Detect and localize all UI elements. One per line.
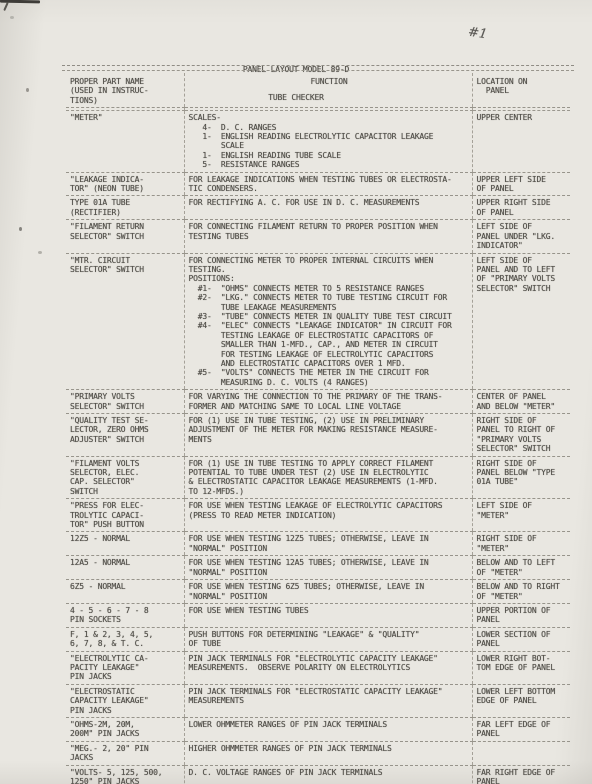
column-header-function: FUNCTION: [184, 73, 472, 108]
table-row: "ELECTROLYTIC CA- PACITY LEAKAGE" PIN JA…: [66, 651, 570, 684]
table-row: 4 - 5 - 6 - 7 - 8 PIN SOCKETS FOR USE WH…: [66, 603, 570, 627]
scan-speck: [38, 251, 42, 254]
part-name-cell: "PRIMARY VOLTS SELECTOR" SWITCH: [66, 390, 184, 414]
function-cell: SCALES- 4- D. C. RANGES 1- ENGLISH READI…: [184, 111, 472, 172]
function-cell: FOR VARYING THE CONNECTION TO THE PRIMAR…: [184, 390, 472, 414]
scan-smudge-tail: [3, 2, 8, 11]
part-name-cell: TYPE 01A TUBE (RECTIFIER): [66, 196, 184, 220]
location-cell: [472, 741, 570, 765]
function-cell: FOR CONNECTING FILAMENT RETURN TO PROPER…: [184, 220, 472, 253]
function-cell: FOR RECTIFYING A. C. FOR USE IN D. C. ME…: [184, 196, 472, 220]
location-cell: RIGHT SIDE OF PANEL TO RIGHT OF "PRIMARY…: [472, 414, 570, 457]
location-cell: LEFT SIDE OF PANEL AND TO LEFT OF "PRIMA…: [472, 253, 570, 390]
location-cell: UPPER PORTION OF PANEL: [472, 603, 570, 627]
part-name-cell: "LEAKAGE INDICA- TOR" (NEON TUBE): [66, 172, 184, 196]
function-cell: PIN JACK TERMINALS FOR "ELECTROLYTIC CAP…: [184, 651, 472, 684]
table-row: "ELECTROSTATIC CAPACITY LEAKAGE" PIN JAC…: [66, 684, 570, 717]
function-cell: FOR (1) USE IN TUBE TESTING TO APPLY COR…: [184, 456, 472, 499]
location-cell: CENTER OF PANEL AND BELOW "METER": [472, 390, 570, 414]
location-cell: LEFT SIDE OF PANEL UNDER "LKG. INDICATOR…: [472, 220, 570, 253]
location-cell: RIGHT SIDE OF "METER": [472, 532, 570, 556]
location-cell: UPPER LEFT SIDE OF PANEL: [472, 172, 570, 196]
scanned-document-page: #1 PANEL LAYOUT MODEL 89-D TUBE CHECKER …: [0, 0, 592, 784]
part-name-cell: 12A5 - NORMAL: [66, 556, 184, 580]
location-cell: BELOW AND TO LEFT OF "METER": [472, 556, 570, 580]
part-name-cell: 4 - 5 - 6 - 7 - 8 PIN SOCKETS: [66, 603, 184, 627]
part-name-cell: 6Z5 - NORMAL: [66, 580, 184, 604]
panel-layout-table: PROPER PART NAME (USED IN INSTRUC- TIONS…: [66, 73, 570, 784]
part-name-cell: "MTR. CIRCUIT SELECTOR" SWITCH: [66, 253, 184, 390]
part-name-cell: "PRESS FOR ELEC- TROLYTIC CAPACI- TOR" P…: [66, 499, 184, 532]
part-name-cell: "VOLTS- 5, 125, 500, 1250" PIN JACKS: [66, 765, 184, 784]
part-name-cell: F, 1 & 2, 3, 4, 5, 6, 7, 8, & T. C.: [66, 627, 184, 651]
function-cell: FOR USE WHEN TESTING 12A5 TUBES; OTHERWI…: [184, 556, 472, 580]
function-cell: PUSH BUTTONS FOR DETERMINING "LEAKAGE" &…: [184, 627, 472, 651]
table-top-rule: [62, 65, 574, 71]
part-name-cell: "QUALITY TEST SE- LECTOR, ZERO OHMS ADJU…: [66, 414, 184, 457]
part-name-cell: 12Z5 - NORMAL: [66, 532, 184, 556]
table-row: "LEAKAGE INDICA- TOR" (NEON TUBE) FOR LE…: [66, 172, 570, 196]
table-row: "QUALITY TEST SE- LECTOR, ZERO OHMS ADJU…: [66, 414, 570, 457]
part-name-cell: "METER": [66, 111, 184, 172]
table-row: "FILAMENT RETURN SELECTOR" SWITCH FOR CO…: [66, 220, 570, 253]
column-header-location: LOCATION ON PANEL: [472, 73, 570, 108]
table-row: "OHMS-2M, 20M, 200M" PIN JACKS LOWER OHM…: [66, 717, 570, 741]
location-cell: RIGHT SIDE OF PANEL BELOW "TYPE 01A TUBE…: [472, 456, 570, 499]
function-cell: FOR (1) USE IN TUBE TESTING, (2) USE IN …: [184, 414, 472, 457]
location-cell: LEFT SIDE OF "METER": [472, 499, 570, 532]
table-row: 6Z5 - NORMAL FOR USE WHEN TESTING 6Z5 TU…: [66, 580, 570, 604]
column-header-part-name: PROPER PART NAME (USED IN INSTRUC- TIONS…: [66, 73, 184, 108]
header-row: PROPER PART NAME (USED IN INSTRUC- TIONS…: [66, 73, 570, 108]
function-cell: FOR USE WHEN TESTING 12Z5 TUBES; OTHERWI…: [184, 532, 472, 556]
table-row: 12A5 - NORMAL FOR USE WHEN TESTING 12A5 …: [66, 556, 570, 580]
table-header: PROPER PART NAME (USED IN INSTRUC- TIONS…: [66, 73, 570, 111]
location-cell: UPPER RIGHT SIDE OF PANEL: [472, 196, 570, 220]
table-row: "VOLTS- 5, 125, 500, 1250" PIN JACKS D. …: [66, 765, 570, 784]
location-cell: LOWER SECTION OF PANEL: [472, 627, 570, 651]
location-cell: LOWER RIGHT BOT- TOM EDGE OF PANEL: [472, 651, 570, 684]
function-cell: FOR CONNECTING METER TO PROPER INTERNAL …: [184, 253, 472, 390]
location-cell: LOWER LEFT BOTTOM EDGE OF PANEL: [472, 684, 570, 717]
part-name-cell: "ELECTROSTATIC CAPACITY LEAKAGE" PIN JAC…: [66, 684, 184, 717]
table-row: "METER" SCALES- 4- D. C. RANGES 1- ENGLI…: [66, 111, 570, 172]
function-cell: FOR USE WHEN TESTING LEAKAGE OF ELECTROL…: [184, 499, 472, 532]
part-name-cell: "ELECTROLYTIC CA- PACITY LEAKAGE" PIN JA…: [66, 651, 184, 684]
table-row: 12Z5 - NORMAL FOR USE WHEN TESTING 12Z5 …: [66, 532, 570, 556]
function-cell: FOR USE WHEN TESTING TUBES: [184, 603, 472, 627]
part-name-cell: "FILAMENT RETURN SELECTOR" SWITCH: [66, 220, 184, 253]
location-cell: UPPER CENTER: [472, 111, 570, 172]
part-name-cell: "MEG.- 2, 20" PIN JACKS: [66, 741, 184, 765]
function-cell: PIN JACK TERMINALS FOR "ELECTROSTATIC CA…: [184, 684, 472, 717]
function-cell: FOR LEAKAGE INDICATIONS WHEN TESTING TUB…: [184, 172, 472, 196]
part-name-cell: "FILAMENT VOLTS SELECTOR, ELEC. CAP. SEL…: [66, 456, 184, 499]
table-row: TYPE 01A TUBE (RECTIFIER) FOR RECTIFYING…: [66, 196, 570, 220]
table-row: "FILAMENT VOLTS SELECTOR, ELEC. CAP. SEL…: [66, 456, 570, 499]
scan-speck: [10, 16, 14, 19]
scan-speck: [19, 227, 22, 231]
table-body: "METER" SCALES- 4- D. C. RANGES 1- ENGLI…: [66, 111, 570, 784]
table-row: F, 1 & 2, 3, 4, 5, 6, 7, 8, & T. C. PUSH…: [66, 627, 570, 651]
table-row: "MTR. CIRCUIT SELECTOR" SWITCH FOR CONNE…: [66, 253, 570, 390]
location-cell: BELOW AND TO RIGHT OF "METER": [472, 580, 570, 604]
function-cell: D. C. VOLTAGE RANGES OF PIN JACK TERMINA…: [184, 765, 472, 784]
function-cell: HIGHER OHMMETER RANGES OF PIN JACK TERMI…: [184, 741, 472, 765]
handwritten-page-number: #1: [467, 25, 488, 43]
table-row: "PRIMARY VOLTS SELECTOR" SWITCH FOR VARY…: [66, 390, 570, 414]
location-cell: FAR LEFT EDGE OF PANEL: [472, 717, 570, 741]
part-name-cell: "OHMS-2M, 20M, 200M" PIN JACKS: [66, 717, 184, 741]
function-cell: LOWER OHMMETER RANGES OF PIN JACK TERMIN…: [184, 717, 472, 741]
table-row: "PRESS FOR ELEC- TROLYTIC CAPACI- TOR" P…: [66, 499, 570, 532]
table-row: "MEG.- 2, 20" PIN JACKS HIGHER OHMMETER …: [66, 741, 570, 765]
function-cell: FOR USE WHEN TESTING 6Z5 TUBES; OTHERWIS…: [184, 580, 472, 604]
location-cell: FAR RIGHT EDGE OF PANEL: [472, 765, 570, 784]
